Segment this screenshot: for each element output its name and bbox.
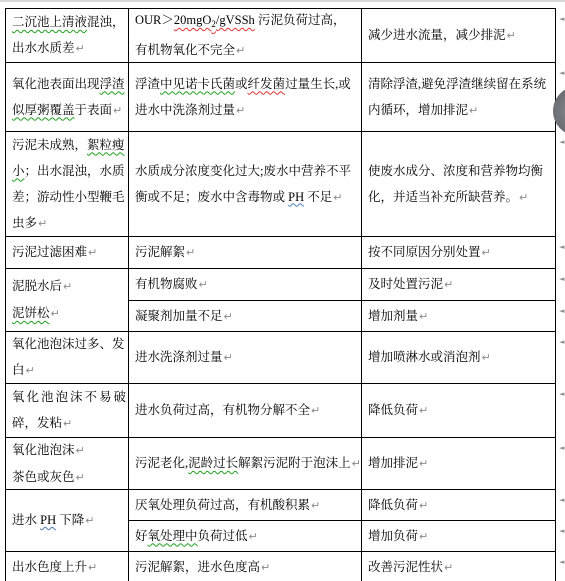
- text-run: 负荷过低: [198, 529, 248, 543]
- cell-text-line: 白↵: [12, 357, 124, 384]
- cell-text-line: 进水 PH 下降↵: [12, 507, 124, 534]
- text-run: 混浊，: [87, 15, 125, 29]
- cell-text-line: 有机物氧化不完全↵: [135, 37, 357, 64]
- text-run-g: 二沉池上清液: [12, 15, 87, 29]
- text-run: 泥脱水后: [12, 279, 62, 293]
- paragraph-mark: ↵: [224, 310, 233, 323]
- paragraph-mark: ↵: [186, 246, 195, 259]
- text-run: 按不同原因分别处置: [368, 245, 481, 259]
- text-run: 氧化池表面出现: [12, 77, 100, 91]
- paragraph-mark: ↵: [63, 280, 72, 293]
- text-run: 有机物腐败: [135, 277, 198, 291]
- text-run: 或: [235, 77, 248, 91]
- table-cell[interactable]: 二沉池上清液混浊，出水水质差↵: [6, 9, 129, 63]
- paragraph-mark: ↵: [261, 561, 270, 574]
- text-run: 浮渣: [135, 77, 160, 91]
- paragraph-mark: ↵: [419, 310, 428, 323]
- table-cell[interactable]: 及时处置污泥↵: [362, 269, 555, 301]
- table-cell[interactable]: 污泥过滤困难↵: [6, 237, 129, 269]
- text-run: 降低负荷: [368, 498, 418, 512]
- text-run: 降低负荷: [368, 403, 418, 417]
- text-run: 出水色度上升: [12, 560, 87, 574]
- table-cell[interactable]: 降低负荷↵: [362, 490, 555, 521]
- troubleshooting-table: 二沉池上清液混浊，出水水质差↵OUR＞20mgO2/gVSSh 污泥负荷过高，有…: [5, 8, 556, 581]
- cell-text-line: 二沉池上清液混浊，: [12, 9, 124, 35]
- text-run: 解絮污泥附于泡沫上: [238, 456, 351, 470]
- text-run: 衡或不足；废水中含毒物或: [135, 190, 288, 204]
- cell-text-line: 水质成分浓度变化过大;废水中营养不平: [135, 158, 357, 184]
- cell-text-line: 泥饼松↵: [12, 300, 124, 327]
- text-run: 增加喷淋水或消泡剂: [368, 350, 481, 364]
- text-run: 减少进水流量，减少排泥: [368, 28, 506, 42]
- end-of-row-marker: ◄: [559, 69, 565, 77]
- cell-text-line: 化，并适当补充所缺营养。↵: [368, 184, 551, 211]
- table-cell[interactable]: 污泥解絮↵: [129, 237, 362, 269]
- cell-text-line: 差；游动性小型鞭毛: [12, 184, 124, 210]
- text-run: 于表面: [75, 103, 113, 117]
- table-cell[interactable]: 氧化池泡沫↵茶色或灰色↵: [6, 438, 129, 490]
- cell-text-line: 污泥老化,泥龄过长解絮污泥附于泡沫上↵: [135, 450, 357, 477]
- text-run: 有机物氧化不完全: [135, 43, 235, 57]
- text-run-g: 泥龄过长: [188, 456, 238, 470]
- cell-text-line: 污泥解絮↵: [135, 239, 357, 266]
- text-run: 茶色或灰色: [12, 470, 75, 484]
- cell-text-line: 氧化池泡沫过多、发: [12, 331, 124, 357]
- paragraph-mark: ↵: [51, 307, 60, 320]
- text-run: 碎，发粘: [12, 416, 62, 430]
- paragraph-mark: ↵: [311, 404, 320, 417]
- paragraph-mark: ↵: [88, 561, 97, 574]
- paragraph-mark: ↵: [113, 104, 122, 117]
- cell-text-line: 按不同原因分别处置↵: [368, 239, 551, 266]
- text-run: 清除浮渣,避免浮渣继续留在系统: [368, 77, 546, 91]
- cell-text-line: 降低负荷↵: [368, 492, 551, 519]
- text-run: 氧化池泡沫过多、发: [12, 337, 125, 351]
- cell-text-line: 进水中洗涤剂过量↵: [135, 97, 357, 124]
- cell-text-line: 虫多↵: [12, 210, 124, 237]
- paragraph-mark: ↵: [333, 191, 342, 204]
- text-run-g: 浮渣: [100, 77, 125, 91]
- table-cell[interactable]: 增加剂量↵: [362, 301, 555, 332]
- paragraph-mark: ↵: [63, 417, 72, 430]
- cell-text-line: OUR＞20mgO2/gVSSh 污泥负荷过高，: [135, 7, 357, 37]
- text-run: 增加剂量: [368, 309, 418, 323]
- text-run-r: 20mgO: [174, 13, 212, 27]
- text-run: 增加负荷: [368, 529, 418, 543]
- text-run: 污泥解絮: [135, 245, 185, 259]
- table-cell[interactable]: 增加喷淋水或消泡剂↵: [362, 332, 555, 384]
- text-run: 氧化池泡沫不易破: [12, 390, 128, 404]
- table-cell[interactable]: 进水洗涤剂过量↵: [129, 332, 362, 384]
- cell-text-line: 进水洗涤剂过量↵: [135, 344, 357, 371]
- cell-text-line: 改善污泥性状↵: [368, 554, 551, 581]
- end-of-row-marker: ◄: [559, 307, 565, 315]
- paragraph-mark: ↵: [419, 457, 428, 470]
- paragraph-mark: ↵: [507, 29, 516, 42]
- table-cell[interactable]: 凝聚剂加量不足↵: [129, 301, 362, 332]
- cell-text-line: 进水负荷过高，有机物分解不全↵: [135, 397, 357, 424]
- paragraph-mark: ↵: [352, 457, 361, 470]
- text-run: 差；游动性小型鞭毛: [12, 190, 125, 204]
- text-run-b: PH: [40, 513, 56, 527]
- paragraph-mark: ↵: [419, 499, 428, 512]
- table-cell[interactable]: 氧化池表面出现浮渣似厚粥覆盖于表面↵: [6, 63, 129, 132]
- table-cell[interactable]: 降低负荷↵: [362, 384, 555, 438]
- paragraph-mark: ↵: [236, 44, 245, 57]
- paragraph-mark: ↵: [519, 191, 528, 204]
- end-of-row-marker: ◄: [559, 243, 565, 251]
- paragraph-mark: ↵: [85, 514, 94, 527]
- paragraph-mark: ↵: [444, 561, 453, 574]
- text-run: 化，并适当补充所缺营养。: [368, 190, 518, 204]
- end-of-row-marker: ◄: [559, 338, 565, 346]
- end-of-row-marker: ◄: [559, 496, 565, 504]
- cell-text-line: 小；出水混浊，水质: [12, 158, 124, 184]
- paragraph-mark: ↵: [419, 530, 428, 543]
- paragraph-mark: ↵: [482, 351, 491, 364]
- table-cell[interactable]: 水质成分浓度变化过大;废水中营养不平衡或不足；废水中含毒物或 PH 不足↵: [129, 132, 362, 237]
- table-cell[interactable]: 好氧处理中负荷过低↵: [129, 521, 362, 552]
- end-of-row-marker: ◄: [559, 558, 565, 566]
- text-run: 污泥老化,: [135, 456, 188, 470]
- table-cell[interactable]: 污泥未成熟，絮粒瘦小；出水混浊，水质差；游动性小型鞭毛虫多↵: [6, 132, 129, 237]
- text-run-r: /gVSSh: [216, 13, 255, 27]
- cell-text-line: 增加排泥↵: [368, 450, 551, 477]
- paragraph-mark: ↵: [224, 351, 233, 364]
- word-document-page: { "document": { "kind": "word-processor-…: [0, 0, 565, 581]
- cell-text-line: 衡或不足；废水中含毒物或 PH 不足↵: [135, 184, 357, 211]
- table-cell[interactable]: 改善污泥性状↵: [362, 552, 555, 581]
- cell-text-line: 出水水质差↵: [12, 35, 124, 62]
- table-cell[interactable]: 清除浮渣,避免浮渣继续留在系统内循环，增加排泥↵: [362, 63, 555, 132]
- text-run: 使废水成分、浓度和营养物均衡: [368, 164, 543, 178]
- table-cell[interactable]: 增加排泥↵: [362, 438, 555, 490]
- text-run: 污泥过滤困难: [12, 245, 87, 259]
- paragraph-mark: ↵: [76, 42, 85, 55]
- text-run: 及时处置污泥: [368, 277, 443, 291]
- text-run-r: 纤发菌: [248, 77, 286, 91]
- text-run: 进水洗涤剂过量: [135, 350, 223, 364]
- cell-text-line: 出水色度上升↵: [12, 554, 124, 581]
- cell-text-line: 增加喷淋水或消泡剂↵: [368, 344, 551, 371]
- text-run-g: 似厚粥覆盖: [12, 103, 75, 117]
- cell-text-line: 使废水成分、浓度和营养物均衡: [368, 158, 551, 184]
- text-run: ；出水混浊，水质: [25, 164, 125, 178]
- cell-text-line: 似厚粥覆盖于表面↵: [12, 97, 124, 124]
- text-run-b: PH: [288, 190, 304, 204]
- text-run: 过量生长,或: [285, 77, 351, 91]
- end-of-row-marker: ◄: [559, 527, 565, 535]
- text-run: 进水: [12, 513, 40, 527]
- cell-text-line: 好氧处理中负荷过低↵: [135, 523, 357, 550]
- cell-text-line: 增加剂量↵: [368, 303, 551, 330]
- text-run-g: 氧处理中: [148, 529, 198, 543]
- page-top-edge-line: [0, 0, 565, 2]
- cell-text-line: 有机物腐败↵: [135, 271, 357, 298]
- end-of-row-marker: ◄: [559, 138, 565, 146]
- table-cell[interactable]: 污泥老化,泥龄过长解絮污泥附于泡沫上↵: [129, 438, 362, 490]
- table-cell[interactable]: 减少进水流量，减少排泥↵: [362, 9, 555, 63]
- text-run: 厌氧处理负荷过高，有机酸积累: [135, 498, 310, 512]
- cell-text-line: 氧化池泡沫↵: [12, 437, 124, 464]
- text-run: 污泥未成熟，: [12, 138, 87, 152]
- cell-text-line: 碎，发粘↵: [12, 410, 124, 437]
- cell-text-line: 泥脱水后↵: [12, 273, 124, 300]
- paragraph-mark: ↵: [469, 104, 478, 117]
- text-run: 氧化池泡沫: [12, 443, 75, 457]
- text-run: 好: [135, 529, 148, 543]
- end-of-row-marker: ◄: [559, 444, 565, 452]
- paragraph-mark: ↵: [199, 278, 208, 291]
- text-run: 内循环，增加排泥: [368, 103, 468, 117]
- paragraph-mark: ↵: [444, 278, 453, 291]
- cell-text-line: 污泥过滤困难↵: [12, 239, 124, 266]
- text-run: 增加排泥: [368, 456, 418, 470]
- end-of-row-marker: ◄: [559, 275, 565, 283]
- table-cell[interactable]: 泥脱水后↵泥饼松↵: [6, 269, 129, 332]
- paragraph-mark: ↵: [76, 471, 85, 484]
- cell-text-line: 氧化池泡沫不易破: [12, 384, 124, 410]
- table-cell[interactable]: 有机物腐败↵: [129, 269, 362, 301]
- table-cell[interactable]: 浮渣中见诺卡氏菌或纤发菌过量生长,或进水中洗涤剂过量↵: [129, 63, 362, 132]
- cell-text-line: 浮渣中见诺卡氏菌或纤发菌过量生长,或: [135, 71, 357, 97]
- table-cell[interactable]: 污泥解絮，进水色度高↵: [129, 552, 362, 581]
- paragraph-mark: ↵: [38, 217, 47, 230]
- table-cell[interactable]: 使废水成分、浓度和营养物均衡化，并适当补充所缺营养。↵: [362, 132, 555, 237]
- table-cell[interactable]: 按不同原因分别处置↵: [362, 237, 555, 269]
- end-of-row-marker: ◄: [559, 15, 565, 23]
- text-run: 水质成分浓度变化过大;废水中营养不平: [135, 164, 351, 178]
- text-run: 不足: [304, 190, 332, 204]
- paragraph-mark: ↵: [311, 499, 320, 512]
- paragraph-mark: ↵: [236, 104, 245, 117]
- text-run: 下降: [56, 513, 84, 527]
- paragraph-mark: ↵: [249, 530, 258, 543]
- table-cell[interactable]: 厌氧处理负荷过高，有机酸积累↵: [129, 490, 362, 521]
- text-run: 污泥负荷过高，: [255, 13, 346, 27]
- text-run: OUR＞: [135, 13, 174, 27]
- text-run: 进水中洗涤剂过量: [135, 103, 235, 117]
- table-cell[interactable]: 出水色度上升↵: [6, 552, 129, 581]
- cell-text-line: 内循环，增加排泥↵: [368, 97, 551, 124]
- text-run-g: 小: [12, 164, 25, 178]
- paragraph-mark: ↵: [26, 364, 35, 377]
- text-run: 改善污泥性状: [368, 560, 443, 574]
- text-run-g: 泥饼松: [12, 306, 50, 320]
- table-cell[interactable]: 氧化池泡沫过多、发白↵: [6, 332, 129, 384]
- table-cell[interactable]: 增加负荷↵: [362, 521, 555, 552]
- text-run: 出水水质差: [12, 41, 75, 55]
- text-run: 虫多: [12, 216, 37, 230]
- text-run: 白: [12, 363, 25, 377]
- paragraph-mark: ↵: [76, 444, 85, 457]
- cell-text-line: 凝聚剂加量不足↵: [135, 303, 357, 330]
- cell-text-line: 氧化池表面出现浮渣: [12, 71, 124, 97]
- text-run: 污泥解絮，进水色度高: [135, 560, 260, 574]
- table-cell[interactable]: OUR＞20mgO2/gVSSh 污泥负荷过高，有机物氧化不完全↵: [129, 9, 362, 63]
- table-cell[interactable]: 进水负荷过高，有机物分解不全↵: [129, 384, 362, 438]
- cell-text-line: 厌氧处理负荷过高，有机酸积累↵: [135, 492, 357, 519]
- cell-text-line: 减少进水流量，减少排泥↵: [368, 22, 551, 49]
- cell-text-line: 降低负荷↵: [368, 397, 551, 424]
- cell-text-line: 增加负荷↵: [368, 523, 551, 550]
- cell-text-line: 及时处置污泥↵: [368, 271, 551, 298]
- paragraph-mark: ↵: [419, 404, 428, 417]
- cell-text-line: 茶色或灰色↵: [12, 464, 124, 491]
- table-cell[interactable]: 氧化池泡沫不易破碎，发粘↵: [6, 384, 129, 438]
- cell-text-line: 清除浮渣,避免浮渣继续留在系统: [368, 71, 551, 97]
- cell-text-line: 污泥未成熟，絮粒瘦: [12, 132, 124, 158]
- text-run-g: 中见诺卡氏菌: [160, 77, 235, 91]
- paragraph-mark: ↵: [88, 246, 97, 259]
- text-run: 凝聚剂加量不足: [135, 309, 223, 323]
- end-of-row-marker: ◄: [559, 390, 565, 398]
- cell-text-line: 污泥解絮，进水色度高↵: [135, 554, 357, 581]
- text-run: 进水负荷过高，有机物分解不全: [135, 403, 310, 417]
- paragraph-mark: ↵: [482, 246, 491, 259]
- text-run-g: 絮粒瘦: [87, 138, 125, 152]
- table-cell[interactable]: 进水 PH 下降↵: [6, 490, 129, 552]
